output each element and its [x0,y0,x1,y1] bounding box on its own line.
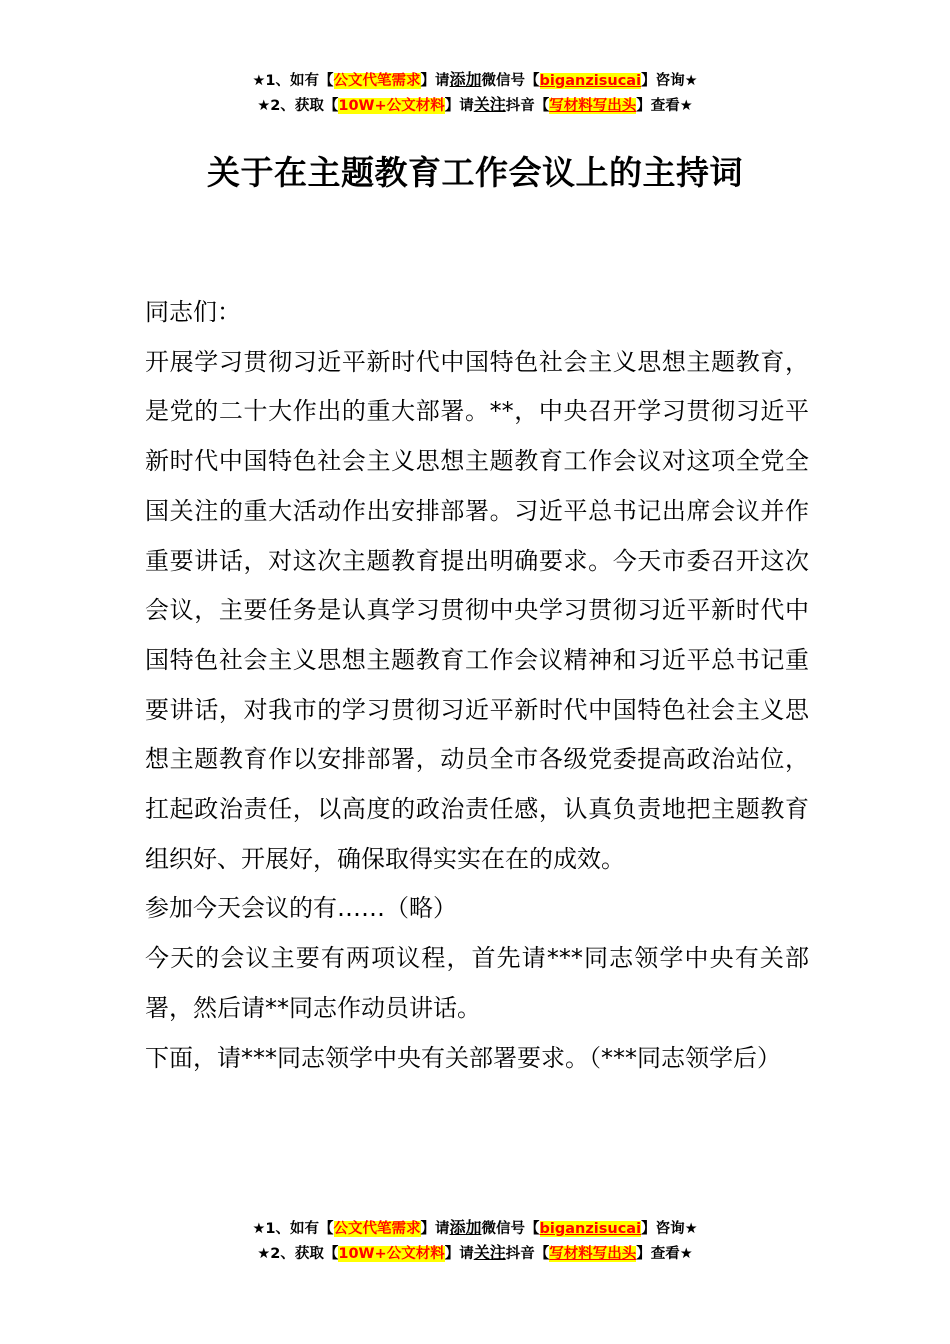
banner-text: 】请 [445,1246,474,1262]
footer-banner-line-2: ★2、获取【10W+公文材料】请关注抖音【写材料写出头】查看★ [0,1241,950,1266]
banner-text: ★1、如有【 [252,73,333,89]
banner-text: 】请 [445,98,474,114]
banner-text: ★1、如有【 [252,1221,333,1237]
banner-text: 微信号【 [482,73,540,89]
wechat-id: biganzisucai [540,73,642,89]
douyin-account: 写材料写出头 [549,1246,636,1262]
header-banner-line-2: ★2、获取【10W+公文材料】请关注抖音【写材料写出头】查看★ [0,93,950,118]
footer-banner-line-1: ★1、如有【公文代笔需求】请添加微信号【biganzisucai】咨询★ [0,1216,950,1241]
paragraph-attendees: 参加今天会议的有……（略） [145,884,809,934]
highlight-service: 公文代笔需求 [334,73,421,89]
header-banner: ★1、如有【公文代笔需求】请添加微信号【biganzisucai】咨询★ ★2、… [0,68,950,118]
paragraph-next: 下面，请***同志领学中央有关部署要求。（***同志领学后） [145,1034,809,1084]
highlight-service: 公文代笔需求 [334,1221,421,1237]
underlined-keyword: 添加 [450,1218,482,1237]
wechat-id: biganzisucai [540,1221,642,1237]
banner-text: 抖音【 [506,1246,550,1262]
banner-text: 】咨询★ [641,73,698,89]
banner-text: 】咨询★ [641,1221,698,1237]
underlined-keyword: 关注 [474,95,506,114]
header-banner-line-1: ★1、如有【公文代笔需求】请添加微信号【biganzisucai】咨询★ [0,68,950,93]
banner-text: 抖音【 [506,98,550,114]
banner-text: 】请 [421,73,450,89]
footer-banner: ★1、如有【公文代笔需求】请添加微信号【biganzisucai】咨询★ ★2、… [0,1216,950,1266]
banner-text: ★2、获取【 [257,1246,338,1262]
underlined-keyword: 添加 [450,70,482,89]
banner-text: 微信号【 [482,1221,540,1237]
salutation: 同志们： [145,288,809,338]
document-body: 同志们： 开展学习贯彻习近平新时代中国特色社会主义思想主题教育，是党的二十大作出… [145,288,809,1083]
banner-text: ★2、获取【 [257,98,338,114]
douyin-account: 写材料写出头 [549,98,636,114]
banner-text: 】查看★ [636,1246,693,1262]
underlined-keyword: 关注 [474,1243,506,1262]
paragraph-agenda: 今天的会议主要有两项议程，首先请***同志领学中央有关部署，然后请**同志作动员… [145,934,809,1033]
banner-text: 】请 [421,1221,450,1237]
highlight-materials: 10W+公文材料 [338,98,444,114]
paragraph-intro: 开展学习贯彻习近平新时代中国特色社会主义思想主题教育，是党的二十大作出的重大部署… [145,338,809,885]
highlight-materials: 10W+公文材料 [338,1246,444,1262]
banner-text: 】查看★ [636,98,693,114]
document-title: 关于在主题教育工作会议上的主持词 [0,148,950,198]
